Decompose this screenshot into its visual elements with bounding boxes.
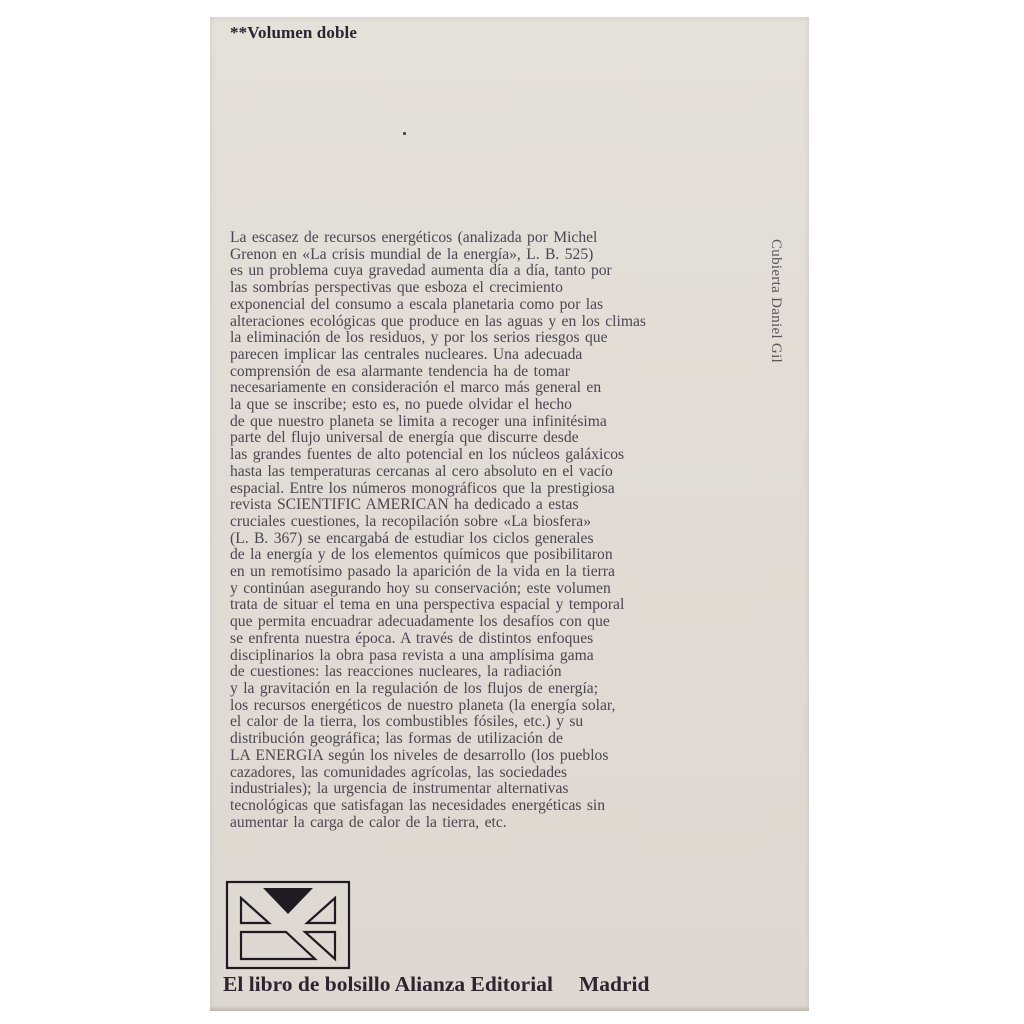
blurb-line: Grenon en «La crisis mundial de la energ… (230, 247, 750, 264)
blurb-line: comprensión de esa alarmante tendencia h… (230, 364, 750, 381)
blurb-line: es un problema cuya gravedad aumenta día… (230, 263, 750, 280)
print-speck (403, 132, 406, 135)
blurb-line: necesariamente en consideración el marco… (230, 380, 750, 397)
publisher-footer: El libro de bolsillo Alianza EditorialMa… (223, 972, 649, 997)
book-back-cover: **Volumen doble La escasez de recursos e… (210, 17, 809, 1011)
alianza-editorial-logo-icon (225, 880, 351, 970)
cover-credit: Cubierta Daniel Gil (767, 239, 784, 363)
blurb-line: parte del flujo universal de energía que… (230, 430, 750, 447)
publisher-city: Madrid (579, 972, 649, 996)
blurb-line: exponencial del consumo a escala planeta… (230, 297, 750, 314)
blurb-line: de que nuestro planeta se limita a recog… (230, 414, 750, 431)
blurb-line: hasta las temperaturas cercanas al cero … (230, 464, 750, 481)
blurb-line: de la energía y de los elementos químico… (230, 547, 750, 564)
blurb-line: la que se inscribe; esto es, no puede ol… (230, 397, 750, 414)
blurb-line: industriales); la urgencia de instrument… (230, 781, 750, 798)
blurb-line: trata de situar el tema en una perspecti… (230, 597, 750, 614)
blurb-line: los recursos energéticos de nuestro plan… (230, 698, 750, 715)
blurb-line: de cuestiones: las reacciones nucleares,… (230, 664, 750, 681)
blurb-line: parecen implicar las centrales nucleares… (230, 347, 750, 364)
blurb-line: tecnológicas que satisfagan las necesida… (230, 798, 750, 815)
blurb-line: en un remotísimo pasado la aparición de … (230, 564, 750, 581)
blurb-line: cruciales cuestiones, la recopilación so… (230, 514, 750, 531)
blurb-line: que permita encuadrar adecuadamente los … (230, 614, 750, 631)
blurb-line: alteraciones ecológicas que produce en l… (230, 314, 750, 331)
blurb-line: el calor de la tierra, los combustibles … (230, 714, 750, 731)
blurb-line: revista SCIENTIFIC AMERICAN ha dedicado … (230, 497, 750, 514)
blurb-line: (L. B. 367) se encargabá de estudiar los… (230, 531, 750, 548)
blurb-line: la eliminación de los residuos, y por lo… (230, 330, 750, 347)
blurb-line: distribución geográfica; las formas de u… (230, 731, 750, 748)
blurb-line: espacial. Entre los números monográficos… (230, 481, 750, 498)
blurb-line: LA ENERGIA según los niveles de desarrol… (230, 748, 750, 765)
blurb-line: las sombrías perspectivas que esboza el … (230, 280, 750, 297)
blurb-line: y continúan asegurando hoy su conservaci… (230, 581, 750, 598)
publisher-name: El libro de bolsillo Alianza Editorial (223, 972, 553, 996)
blurb-line: y la gravitación en la regulación de los… (230, 681, 750, 698)
blurb-text: La escasez de recursos energéticos (anal… (230, 230, 750, 831)
blurb-line: se enfrenta nuestra época. A través de d… (230, 631, 750, 648)
blurb-line: las grandes fuentes de alto potencial en… (230, 447, 750, 464)
blurb-line: cazadores, las comunidades agrícolas, la… (230, 765, 750, 782)
blurb-line: aumentar la carga de calor de la tierra,… (230, 815, 750, 832)
blurb-line: disciplinarios la obra pasa revista a un… (230, 648, 750, 665)
blurb-line: La escasez de recursos energéticos (anal… (230, 230, 750, 247)
volume-label: **Volumen doble (230, 23, 357, 43)
